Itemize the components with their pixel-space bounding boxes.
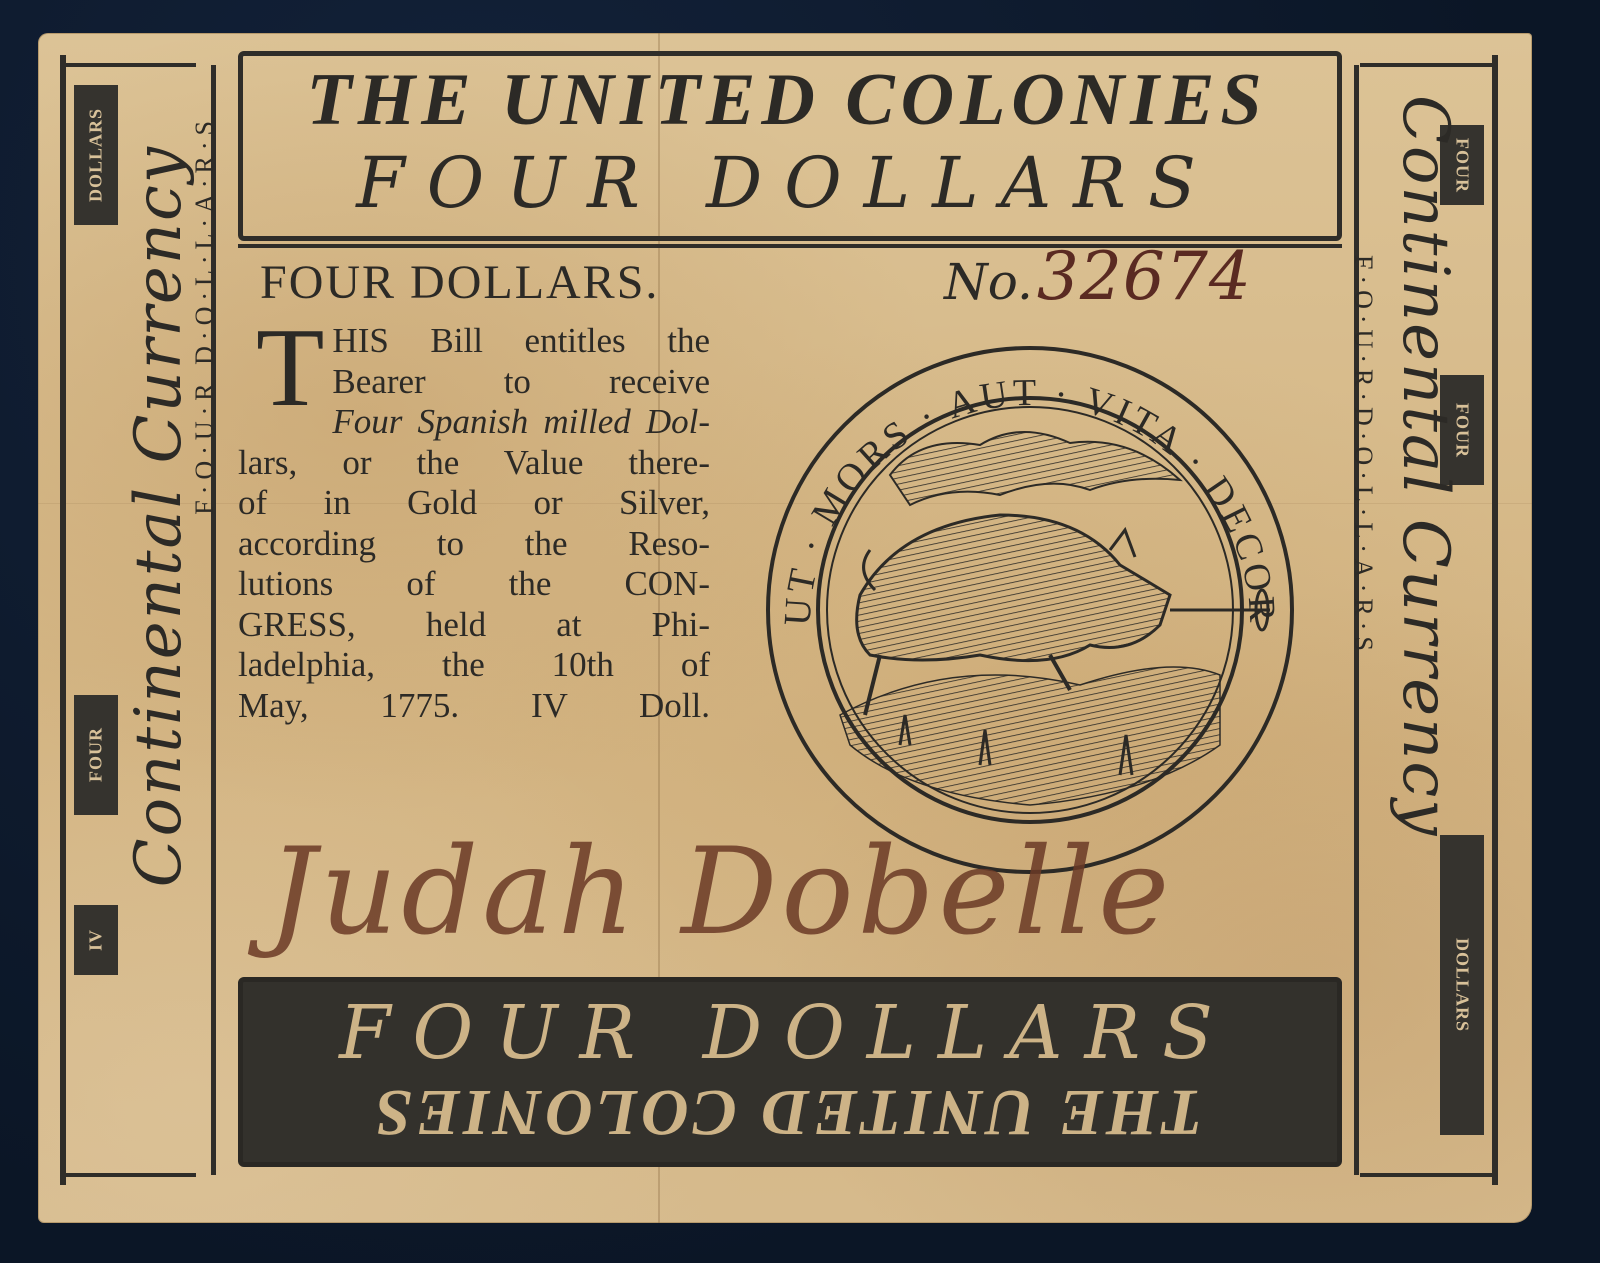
left-box-middle: FOUR bbox=[74, 695, 118, 815]
border-rule bbox=[60, 1173, 196, 1177]
top-banner: THE UNITED COLONIES FOUR DOLLARS bbox=[238, 51, 1342, 241]
right-border-script: Continental Currency bbox=[1388, 95, 1462, 837]
serial-prefix: No. bbox=[944, 253, 1033, 311]
banknote: DOLLARS FOUR IV Continental Currency F·O… bbox=[38, 33, 1532, 1223]
bill-text-line: GRESS, held at Phi- bbox=[238, 605, 710, 646]
seal-emblem: AUT · MORS · AUT · VITA · DECORA bbox=[750, 325, 1310, 885]
denomination-heading: FOUR DOLLARS. bbox=[260, 255, 659, 310]
left-border: DOLLARS FOUR IV Continental Currency F·O… bbox=[48, 55, 208, 1185]
border-rule bbox=[1492, 55, 1498, 1185]
left-border-spaced-text: F·O·U·R D·O·L·L·A·R·S bbox=[190, 115, 220, 515]
top-banner-title: THE UNITED COLONIES bbox=[257, 58, 1317, 143]
bottom-banner-denomination: FOUR DOLLARS bbox=[257, 990, 1317, 1076]
bill-text-line: lutions of the CON- bbox=[238, 564, 710, 605]
left-border-script: Continental Currency bbox=[122, 145, 196, 887]
boar-seal-icon: AUT · MORS · AUT · VITA · DECORA bbox=[750, 325, 1310, 885]
top-banner-denomination: FOUR DOLLARS bbox=[257, 142, 1317, 224]
right-border-spaced-text: F·O·U·R·D·O·L·L·A·R·S bbox=[1348, 255, 1378, 657]
bottom-banner: FOUR DOLLARS THE UNITED COLONIES bbox=[238, 977, 1342, 1167]
serial-value: 32674 bbox=[1037, 238, 1252, 315]
right-border: FOUR FOUR DOLLARS Continental Currency F… bbox=[1348, 55, 1508, 1185]
border-rule bbox=[1360, 1173, 1496, 1177]
bill-text-line: according to the Reso- bbox=[238, 524, 710, 565]
bill-text: T HIS Bill entitles theBearer to receive… bbox=[238, 321, 710, 726]
left-box-bottom: IV bbox=[74, 905, 118, 975]
drop-cap: T bbox=[256, 327, 324, 409]
left-box-top: DOLLARS bbox=[74, 85, 118, 225]
bill-text-line: ladelphia, the 10th of bbox=[238, 645, 710, 686]
bill-text-line: lars, or the Value there- bbox=[238, 443, 710, 484]
right-box-bottom: DOLLARS bbox=[1440, 835, 1484, 1135]
border-rule bbox=[60, 63, 196, 67]
border-rule bbox=[1360, 63, 1496, 67]
serial-number: No. 32674 bbox=[944, 238, 1252, 315]
signature: Judah Dobelle bbox=[268, 823, 1173, 962]
bill-text-line: of in Gold or Silver, bbox=[238, 483, 710, 524]
border-rule bbox=[60, 55, 66, 1185]
bill-text-line: May, 1775. IV Doll. bbox=[238, 686, 710, 727]
bottom-banner-title: THE UNITED COLONIES bbox=[257, 1074, 1317, 1150]
